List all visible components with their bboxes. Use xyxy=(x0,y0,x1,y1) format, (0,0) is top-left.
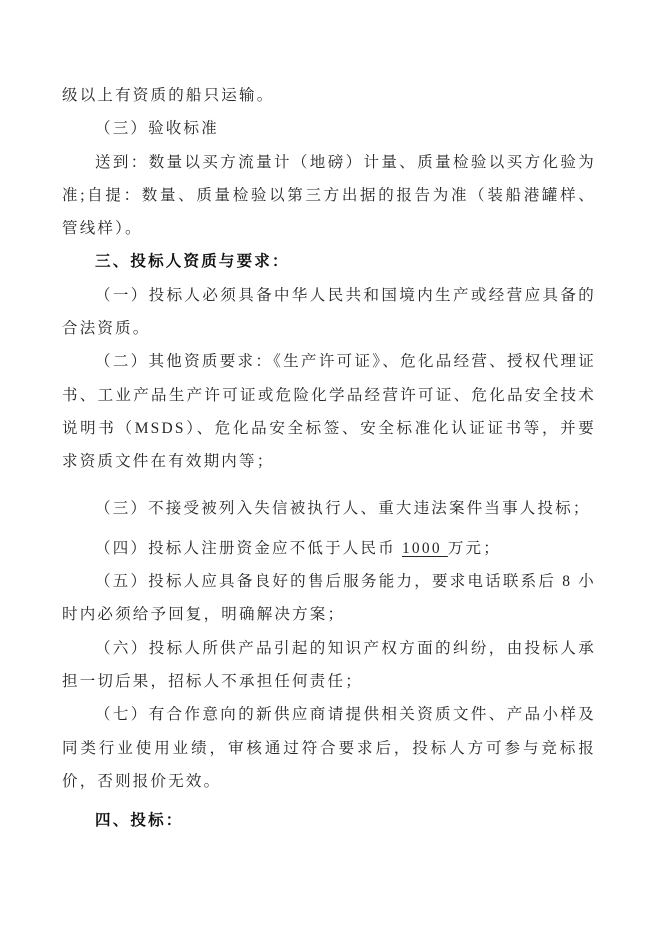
paragraph-carryover: 级以上有资质的船只运输。 xyxy=(62,79,596,112)
subsection-heading-acceptance-standard: （三）验收标准 xyxy=(62,112,596,145)
paragraph-item-1: （一）投标人必须具备中华人民共和国境内生产或经营应具备的合法资质。 xyxy=(62,279,596,346)
paragraph-item-2: （二）其他资质要求：《生产许可证》、危化品经营、授权代理证书、工业产品生产许可证… xyxy=(62,345,596,478)
paragraph-item-4-text: （四）投标人注册资金应不低于人民币 xyxy=(95,540,402,557)
paragraph-item-4: （四）投标人注册资金应不低于人民币 1000 万元； xyxy=(62,532,596,565)
paragraph-item-7: （七）有合作意向的新供应商请提供相关资质文件、产品小样及同类行业使用业绩，审核通… xyxy=(62,698,596,798)
section-heading-bidder-qualifications: 三、投标人资质与要求： xyxy=(62,245,596,278)
paragraph-item-3: （三）不接受被列入失信被执行人、重大违法案件当事人投标； xyxy=(62,492,596,525)
paragraph-acceptance-detail: 送到：数量以买方流量计（地磅）计量、质量检验以买方化验为准;自提：数量、质量检验… xyxy=(62,146,596,246)
section-heading-bidding: 四、投标： xyxy=(62,804,596,837)
document-page: 级以上有资质的船只运输。 （三）验收标准 送到：数量以买方流量计（地磅）计量、质… xyxy=(0,0,662,936)
paragraph-item-4-tail: 万元； xyxy=(448,540,501,557)
paragraph-item-6: （六）投标人所供产品引起的知识产权方面的纠纷，由投标人承担一切后果，招标人不承担… xyxy=(62,632,596,699)
registered-capital-underlined-value: 1000 xyxy=(402,540,448,557)
paragraph-item-5: （五）投标人应具备良好的售后服务能力，要求电话联系后 8 小时内必须给予回复，明… xyxy=(62,565,596,632)
